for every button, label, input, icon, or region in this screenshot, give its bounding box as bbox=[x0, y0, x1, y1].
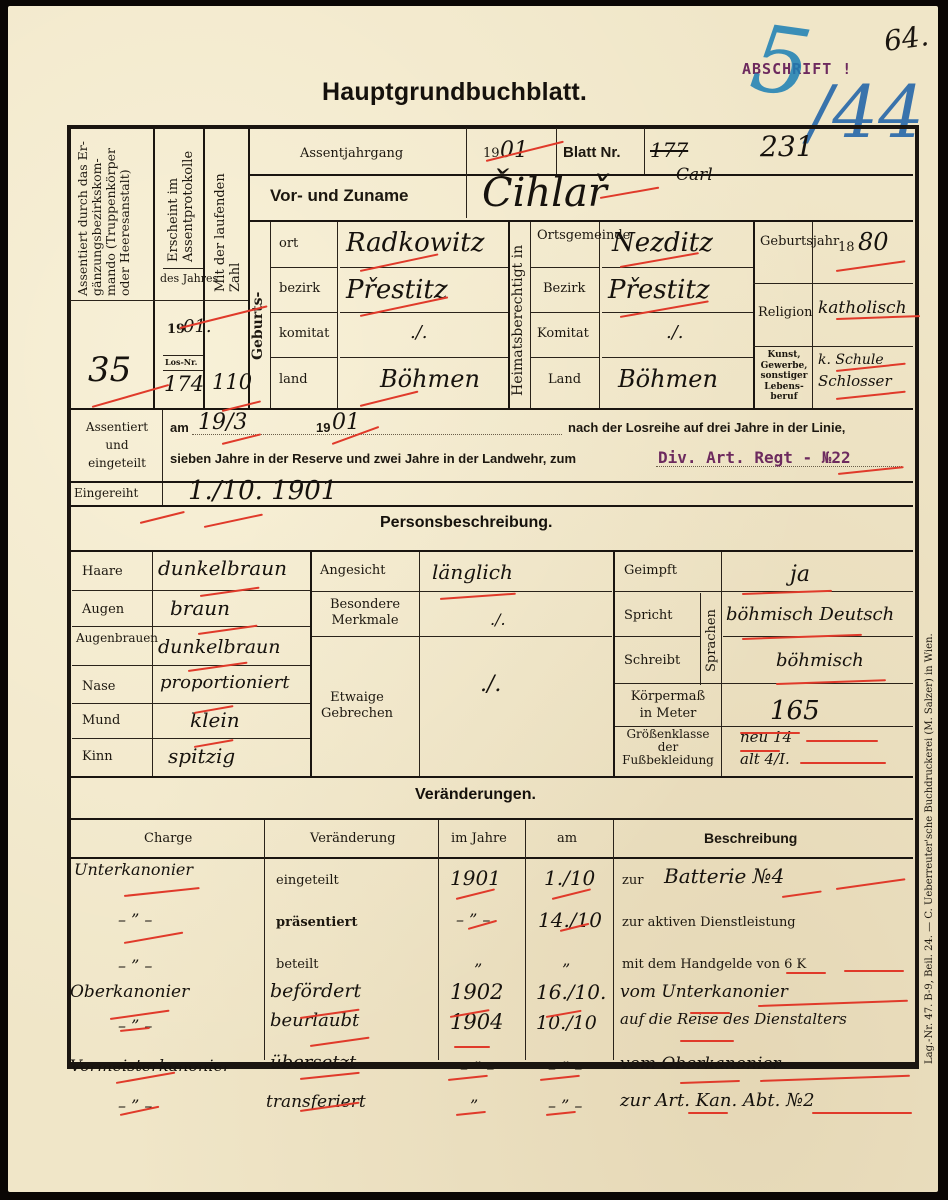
divider bbox=[466, 128, 467, 218]
row0-jahr: 1901 bbox=[450, 866, 501, 890]
groessenklasse-value-2: alt 4/I. bbox=[740, 750, 790, 768]
mund-label: Mund bbox=[82, 713, 120, 728]
divider bbox=[72, 626, 310, 627]
divider bbox=[270, 357, 337, 358]
divider bbox=[419, 552, 420, 778]
residence-komitat-label: Komitat bbox=[537, 326, 589, 341]
col-veraenderung: Veränderung bbox=[310, 831, 396, 846]
row0-veraenderung: eingeteilt bbox=[276, 873, 339, 888]
birth-ort-label: ort bbox=[279, 236, 298, 251]
col1-value: 35 bbox=[88, 350, 131, 390]
red-pencil-mark bbox=[454, 1046, 490, 1048]
residence-bezirk-label: Bezirk bbox=[543, 281, 585, 296]
angesicht-label: Angesicht bbox=[320, 563, 385, 578]
name-label: Vor- und Zuname bbox=[270, 186, 409, 206]
red-pencil-mark bbox=[800, 762, 886, 764]
divider bbox=[753, 222, 755, 408]
losnr-value: 174 bbox=[164, 372, 204, 396]
divider bbox=[162, 483, 163, 505]
divider bbox=[721, 552, 722, 778]
assentiert-text-1: nach der Losreihe auf drei Jahre in der … bbox=[568, 420, 845, 435]
birth-land-label: land bbox=[279, 372, 308, 387]
divider bbox=[753, 283, 913, 284]
birth-land-value: Böhmen bbox=[380, 365, 480, 393]
spricht-value: böhmisch Deutsch bbox=[726, 604, 894, 625]
divider bbox=[72, 738, 310, 739]
divider bbox=[270, 267, 337, 268]
divider bbox=[264, 820, 265, 1060]
divider bbox=[310, 552, 312, 778]
divider bbox=[340, 357, 508, 358]
nase-label: Nase bbox=[82, 679, 116, 694]
religion-label: Religion bbox=[758, 305, 812, 320]
row0-am: 1./10 bbox=[544, 866, 595, 890]
beruf-value-2: Schlosser bbox=[818, 372, 892, 390]
blatt-value: 231 bbox=[760, 130, 813, 163]
col-beschreibung: Beschreibung bbox=[704, 830, 797, 846]
divider bbox=[615, 683, 913, 684]
red-pencil-mark bbox=[844, 970, 904, 972]
birth-bezirk-label: bezirk bbox=[279, 281, 320, 296]
birth-group-label: Geburts- bbox=[251, 292, 266, 360]
col3-header: Mit der laufenden Zahl bbox=[213, 173, 243, 292]
row3-veraenderung: befördert bbox=[270, 980, 361, 1002]
divider bbox=[72, 703, 310, 704]
eingereiht-value: 1./10. 1901 bbox=[188, 476, 337, 506]
row1-beschreibung-printed: zur aktiven Dienstleistung bbox=[622, 915, 796, 930]
residence-land-value: Böhmen bbox=[618, 365, 718, 393]
frame-bottom bbox=[67, 1062, 919, 1066]
divider bbox=[530, 312, 599, 313]
geburtsjahr-printed: 18 bbox=[838, 240, 855, 255]
schreibt-value: böhmisch bbox=[776, 650, 864, 671]
row1-charge: – ” – bbox=[118, 910, 152, 929]
divider bbox=[162, 410, 163, 482]
dotted-line bbox=[192, 434, 562, 435]
geimpft-label: Geimpft bbox=[624, 563, 677, 578]
row2-veraenderung: beteilt bbox=[276, 957, 318, 972]
divider bbox=[248, 220, 913, 222]
assentjahrgang-label: Assentjahrgang bbox=[300, 146, 403, 161]
geimpft-value: ja bbox=[790, 562, 810, 587]
assentiert-year-printed: 19 bbox=[316, 420, 330, 435]
divider bbox=[530, 222, 531, 408]
assentiert-year-value: 01 bbox=[332, 410, 360, 435]
row6-beschreibung-hw: zur Art. Kan. Abt. №2 bbox=[620, 1090, 815, 1111]
row2-charge: – ” – bbox=[118, 956, 152, 975]
row3-beschreibung-hw: vom Unterkanonier bbox=[620, 982, 788, 1002]
residence-group-label: Heimatsberechtigt in bbox=[511, 245, 526, 396]
residence-ortsgemeinde-label: Ortsgemeinde bbox=[537, 228, 597, 243]
red-pencil-mark bbox=[740, 732, 800, 734]
col2-header: Erscheint im Assentprotokolle bbox=[166, 151, 196, 262]
row0-charge: Unterkanonier bbox=[74, 860, 193, 879]
koerpermass-label: Körpermaß in Meter bbox=[615, 688, 721, 722]
angesicht-value: länglich bbox=[432, 560, 513, 584]
merkmale-label: Besondere Merkmale bbox=[312, 597, 418, 629]
row3-am: 16./10. bbox=[536, 980, 606, 1004]
divider bbox=[312, 591, 612, 592]
residence-bezirk-value: Přestitz bbox=[608, 275, 710, 305]
losnr-label: Los-Nr. bbox=[165, 357, 197, 367]
page-title: Hauptgrundbuchblatt. bbox=[322, 78, 587, 107]
eingereiht-label: Eingereiht bbox=[74, 486, 138, 500]
augen-value: braun bbox=[170, 596, 230, 620]
corner-number: 64. bbox=[882, 19, 931, 58]
assentiert-label: Assentiert und eingeteilt bbox=[72, 418, 162, 472]
given-name-value: Carl bbox=[676, 165, 713, 185]
col-am: am bbox=[557, 831, 577, 846]
divider bbox=[602, 312, 753, 313]
spricht-label: Spricht bbox=[624, 608, 672, 623]
schreibt-label: Schreibt bbox=[624, 653, 680, 668]
residence-land-label: Land bbox=[548, 372, 581, 387]
row2-jahr: ” bbox=[474, 960, 482, 979]
augenbrauen-label: Augenbrauen bbox=[76, 631, 148, 645]
divider bbox=[753, 346, 913, 347]
divider bbox=[70, 300, 248, 301]
unit-stamp: Div. Art. Regt - №22 bbox=[658, 448, 851, 467]
red-pencil-mark bbox=[806, 740, 878, 742]
row0-beschreibung-printed: zur bbox=[622, 873, 643, 888]
red-pencil-mark bbox=[812, 1112, 912, 1114]
row4-veraenderung: beurlaubt bbox=[270, 1010, 359, 1031]
col2-subheader: des Jahres bbox=[160, 272, 204, 285]
nase-value: proportioniert bbox=[160, 672, 290, 693]
divider bbox=[70, 776, 913, 778]
divider bbox=[556, 128, 557, 174]
divider bbox=[270, 222, 271, 408]
divider bbox=[203, 128, 205, 408]
divider bbox=[70, 408, 913, 410]
divider bbox=[248, 128, 250, 408]
groessenklasse-value-1: neu 14 bbox=[740, 728, 792, 746]
divider bbox=[153, 128, 155, 408]
divider bbox=[530, 357, 599, 358]
row3-jahr: 1902 bbox=[450, 980, 503, 1004]
row4-beschreibung-hw: auf die Reise des Dienstalters bbox=[620, 1010, 847, 1028]
red-pencil-mark bbox=[786, 972, 826, 974]
birth-komitat-value: ./. bbox=[410, 322, 428, 343]
divider bbox=[700, 593, 701, 685]
divider bbox=[163, 355, 203, 356]
geburtsjahr-value: 80 bbox=[858, 228, 889, 256]
haare-value: dunkelbraun bbox=[158, 556, 287, 580]
divider bbox=[70, 818, 913, 820]
beruf-label: Kunst, Gewerbe, sonstiger Lebens- beruf bbox=[756, 350, 812, 403]
residence-komitat-value: ./. bbox=[666, 322, 684, 343]
koerpermass-value: 165 bbox=[770, 696, 820, 726]
haare-label: Haare bbox=[82, 564, 123, 579]
augen-label: Augen bbox=[82, 602, 124, 617]
divider bbox=[163, 370, 203, 371]
am-label: am bbox=[170, 420, 189, 435]
sprachen-label: Sprachen bbox=[704, 609, 719, 672]
personsbeschreibung-title: Personsbeschreibung. bbox=[380, 514, 553, 532]
divider bbox=[72, 665, 310, 666]
row0-beschreibung-hw: Batterie №4 bbox=[664, 864, 784, 888]
gebrechen-value: ./. bbox=[480, 672, 501, 697]
birth-komitat-label: komitat bbox=[279, 326, 329, 341]
divider bbox=[70, 857, 913, 859]
row2-beschreibung-printed: mit dem Handgelde von 6 K bbox=[622, 957, 806, 972]
divider bbox=[644, 128, 645, 174]
row1-veraenderung: präsentiert bbox=[276, 915, 357, 930]
birth-ort-value: Radkowitz bbox=[346, 228, 484, 258]
col3-value: 110 bbox=[212, 370, 252, 394]
kinn-value: spitzig bbox=[168, 744, 235, 768]
divider bbox=[337, 222, 338, 408]
row2-am: ” bbox=[562, 960, 570, 979]
red-pencil-mark bbox=[680, 1040, 734, 1042]
blatt-label: Blatt Nr. bbox=[563, 144, 621, 161]
merkmale-value: ./. bbox=[490, 610, 506, 629]
divider bbox=[525, 820, 526, 1060]
divider bbox=[530, 267, 599, 268]
col-charge: Charge bbox=[144, 831, 192, 846]
divider bbox=[70, 550, 913, 552]
geburtsjahr-label: Geburtsjahr bbox=[760, 234, 812, 250]
blatt-struck: 177 bbox=[650, 138, 688, 162]
col1-header: Assentiert durch das Er- gänzungsbezirks… bbox=[76, 141, 132, 296]
col-im-jahre: im Jahre bbox=[451, 831, 507, 846]
divider bbox=[270, 312, 337, 313]
augenbrauen-value: dunkelbraun bbox=[158, 636, 281, 658]
groessenklasse-label: Größenklasse der Fußbekleidung bbox=[615, 728, 721, 767]
red-pencil-mark bbox=[690, 1012, 730, 1014]
divider bbox=[602, 357, 753, 358]
divider bbox=[312, 636, 612, 637]
surname-value: Čihlař bbox=[482, 170, 607, 216]
assentiert-text-2: sieben Jahre in der Reserve und zwei Jah… bbox=[170, 451, 576, 466]
assentiert-date: 19/3 bbox=[198, 410, 247, 435]
divider bbox=[438, 820, 439, 1060]
divider bbox=[70, 505, 913, 507]
divider bbox=[615, 636, 701, 637]
divider bbox=[72, 590, 310, 591]
divider bbox=[163, 268, 203, 269]
printer-imprint: Lag.-Nr. 47. B-9, Beil. 24. — C. Ueberre… bbox=[924, 633, 935, 1064]
veraenderungen-title: Veränderungen. bbox=[415, 786, 536, 804]
row4-charge: – ” – bbox=[118, 1016, 152, 1035]
kinn-label: Kinn bbox=[82, 749, 113, 764]
gebrechen-label: Etwaige Gebrechen bbox=[312, 690, 402, 722]
divider bbox=[613, 820, 614, 1060]
red-pencil-mark bbox=[688, 1112, 728, 1114]
red-pencil-mark bbox=[740, 750, 780, 752]
row3-charge: Oberkanonier bbox=[70, 982, 189, 1002]
divider bbox=[599, 222, 600, 408]
row5-jahr: – ” – bbox=[460, 1058, 494, 1077]
